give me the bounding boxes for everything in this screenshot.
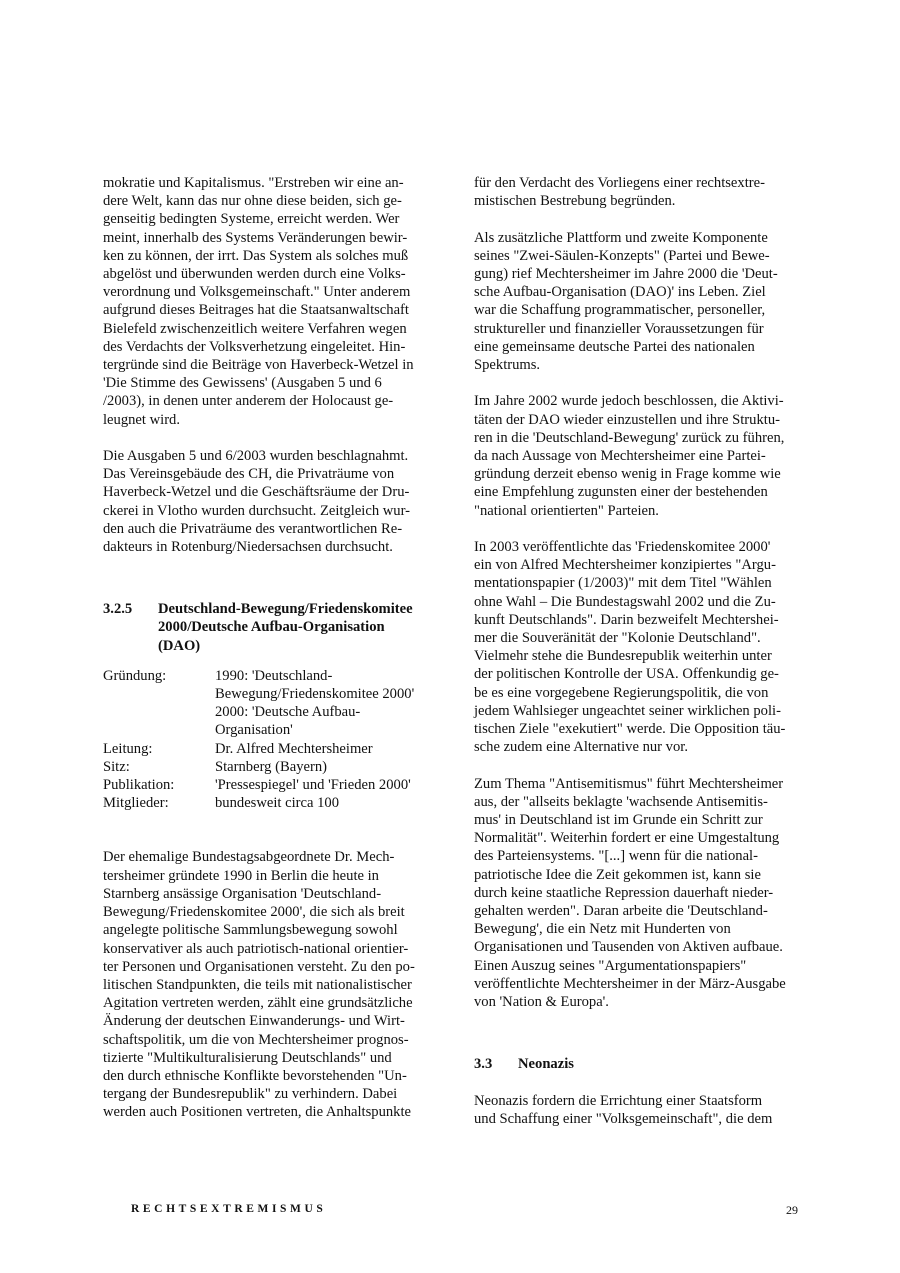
section-number: 3.3 — [474, 1055, 492, 1073]
text-line: kunft Deutschlands". Darin bezweifelt Me… — [474, 611, 804, 629]
paragraph-right-4: In 2003 veröffentlichte das 'Friedenskom… — [474, 538, 804, 756]
fact-value: 1990: 'Deutschland- Bewegung/Friedenskom… — [215, 667, 433, 740]
text-line: eine gemeinsame deutsche Partei des nati… — [474, 338, 804, 356]
text-line: von 'Nation & Europa'. — [474, 993, 804, 1011]
text-line: Das Vereinsgebäude des CH, die Privaträu… — [103, 465, 433, 483]
text-line: verordnung und Volksgemeinschaft." Unter… — [103, 283, 433, 301]
paragraph-right-5: Zum Thema "Antisemitismus" führt Mechter… — [474, 775, 804, 1012]
section-heading-3-3: 3.3 Neonazis — [474, 1055, 804, 1073]
title-line: Neonazis — [518, 1055, 804, 1073]
title-line: (DAO) — [158, 637, 433, 655]
text-line: des Verdachts der Volksverhetzung eingel… — [103, 338, 433, 356]
text-line: Vielmehr stehe die Bundesrepublik weiter… — [474, 647, 804, 665]
fact-value-line: 2000: 'Deutsche Aufbau- — [215, 703, 433, 721]
fact-value-line: Organisation' — [215, 721, 433, 739]
text-line: da nach Aussage von Mechtersheimer eine … — [474, 447, 804, 465]
text-line: tizierte "Multikulturalisierung Deutschl… — [103, 1049, 433, 1067]
organization-facts: Gründung: 1990: 'Deutschland- Bewegung/F… — [103, 667, 433, 813]
text-line: war die Schaffung programmatischer, pers… — [474, 301, 804, 319]
text-line: Agitation vertreten werden, zählt eine g… — [103, 994, 433, 1012]
text-line: gründung derzeit ebenso wenig in Frage k… — [474, 465, 804, 483]
paragraph-right-6: Neonazis fordern die Errichtung einer St… — [474, 1092, 804, 1128]
fact-label: Mitglieder: — [103, 794, 215, 812]
text-line: Bewegung', die ein Netz mit Hunderten vo… — [474, 920, 804, 938]
paragraph-left-1: mokratie und Kapitalismus. "Erstreben wi… — [103, 174, 433, 429]
text-line: den durch ethnische Konflikte bevorstehe… — [103, 1067, 433, 1085]
text-line: und Schaffung einer "Volksgemeinschaft",… — [474, 1110, 804, 1128]
text-line: mistischen Bestrebung begründen. — [474, 192, 804, 210]
text-line: patriotische Idee die Zeit gekommen ist,… — [474, 866, 804, 884]
text-line: schaftspolitik, um die von Mechtersheime… — [103, 1031, 433, 1049]
section-title: Deutschland-Bewegung/Friedenskomitee 200… — [158, 600, 433, 655]
text-line: Bielefeld zwischenzeitlich weitere Verfa… — [103, 320, 433, 338]
fact-value-line: Bewegung/Friedenskomitee 2000' — [215, 685, 433, 703]
text-line: mus' in Deutschland ist im Grunde ein Sc… — [474, 811, 804, 829]
text-line: Neonazis fordern die Errichtung einer St… — [474, 1092, 804, 1110]
text-line: leugnet wird. — [103, 411, 433, 429]
text-line: meint, innerhalb des Systems Veränderung… — [103, 229, 433, 247]
section-heading-3-2-5: 3.2.5 Deutschland-Bewegung/Friedenskomit… — [103, 600, 433, 655]
text-line: jedem Wahlsieger ungeachtet seiner wirkl… — [474, 702, 804, 720]
text-line: "national orientierten" Parteien. — [474, 502, 804, 520]
fact-value: Dr. Alfred Mechtersheimer — [215, 740, 433, 758]
fact-value-line: Starnberg (Bayern) — [215, 758, 433, 776]
fact-label: Publikation: — [103, 776, 215, 794]
text-line: sche zudem eine Alternative nur vor. — [474, 738, 804, 756]
text-line: ohne Wahl – Die Bundestagswahl 2002 und … — [474, 593, 804, 611]
text-line: seines "Zwei-Säulen-Konzepts" (Partei un… — [474, 247, 804, 265]
text-line: den auch die Privaträume des verantwortl… — [103, 520, 433, 538]
running-footer-title: RECHTSEXTREMISMUS — [131, 1203, 326, 1215]
text-line: ken zu können, der irrt. Das System als … — [103, 247, 433, 265]
paragraph-right-2: Als zusätzliche Plattform und zweite Kom… — [474, 229, 804, 375]
text-line: gehalten werden". Daran arbeite die 'Deu… — [474, 902, 804, 920]
text-line: Haverbeck-Wetzel und die Geschäftsräume … — [103, 483, 433, 501]
text-line: sche Aufbau-Organisation (DAO)' ins Lebe… — [474, 283, 804, 301]
text-line: aus, der "allseits beklagte 'wachsende A… — [474, 793, 804, 811]
text-line: tergang der Bundesrepublik" zu verhinder… — [103, 1085, 433, 1103]
text-line: aufgrund dieses Beitrages hat die Staats… — [103, 301, 433, 319]
fact-label: Gründung: — [103, 667, 215, 740]
text-line: Die Ausgaben 5 und 6/2003 wurden beschla… — [103, 447, 433, 465]
text-line: der politischen Kontrolle der USA. Offen… — [474, 665, 804, 683]
fact-value-line: 1990: 'Deutschland- — [215, 667, 433, 685]
section-number: 3.2.5 — [103, 600, 132, 618]
title-line: Deutschland-Bewegung/Friedenskomitee — [158, 600, 433, 618]
text-line: Spektrums. — [474, 356, 804, 374]
fact-value-line: bundesweit circa 100 — [215, 794, 433, 812]
text-line: Einen Auszug seines "Argumentationspapie… — [474, 957, 804, 975]
text-line: mentationspapier (1/2003)" mit dem Titel… — [474, 574, 804, 592]
text-line: Normalität". Weiterhin fordert er eine U… — [474, 829, 804, 847]
text-line: täten der DAO wieder einzustellen und ih… — [474, 411, 804, 429]
left-column: mokratie und Kapitalismus. "Erstreben wi… — [103, 174, 433, 1122]
text-line: be es eine vorgegebene Regierungspolitik… — [474, 684, 804, 702]
text-line: eine Empfehlung zugunsten einer der best… — [474, 483, 804, 501]
text-line: dakteurs in Rotenburg/Niedersachsen durc… — [103, 538, 433, 556]
fact-label: Leitung: — [103, 740, 215, 758]
text-line: Der ehemalige Bundestagsabgeordnete Dr. … — [103, 848, 433, 866]
title-line: 2000/Deutsche Aufbau-Organisation — [158, 618, 433, 636]
fact-label: Sitz: — [103, 758, 215, 776]
text-line: In 2003 veröffentlichte das 'Friedenskom… — [474, 538, 804, 556]
text-line: abgelöst und überwunden werden durch ein… — [103, 265, 433, 283]
fact-value-line: 'Pressespiegel' und 'Frieden 2000' — [215, 776, 433, 794]
text-line: mer die Souveränität der "Kolonie Deutsc… — [474, 629, 804, 647]
text-line: struktureller und finanzieller Vorausset… — [474, 320, 804, 338]
text-line: werden auch Positionen vertreten, die An… — [103, 1103, 433, 1121]
text-line: Zum Thema "Antisemitismus" führt Mechter… — [474, 775, 804, 793]
text-line: ckerei in Vlotho wurden durchsucht. Zeit… — [103, 502, 433, 520]
text-line: tersheimer gründete 1990 in Berlin die h… — [103, 867, 433, 885]
text-line: Im Jahre 2002 wurde jedoch beschlossen, … — [474, 392, 804, 410]
paragraph-left-3: Der ehemalige Bundestagsabgeordnete Dr. … — [103, 848, 433, 1121]
fact-value: 'Pressespiegel' und 'Frieden 2000' — [215, 776, 433, 794]
text-line: ter Personen und Organisationen versteht… — [103, 958, 433, 976]
page-number: 29 — [786, 1203, 798, 1218]
text-line: dere Welt, kann das nur ohne diese beide… — [103, 192, 433, 210]
paragraph-right-3: Im Jahre 2002 wurde jedoch beschlossen, … — [474, 392, 804, 519]
text-line: litischen Standpunkten, die teils mit na… — [103, 976, 433, 994]
text-line: Bewegung/Friedenskomitee 2000', die sich… — [103, 903, 433, 921]
text-line: /2003), in denen unter anderem der Holoc… — [103, 392, 433, 410]
text-line: für den Verdacht des Vorliegens einer re… — [474, 174, 804, 192]
text-line: veröffentlichte Mechtersheimer in der Mä… — [474, 975, 804, 993]
text-line: angelegte politische Sammlungsbewegung s… — [103, 921, 433, 939]
paragraph-left-2: Die Ausgaben 5 und 6/2003 wurden beschla… — [103, 447, 433, 556]
text-line: ein von Alfred Mechtersheimer konzipiert… — [474, 556, 804, 574]
text-line: tergründe sind die Beiträge von Haverbec… — [103, 356, 433, 374]
fact-value: Starnberg (Bayern) — [215, 758, 433, 776]
text-line: ren in die 'Deutschland-Bewegung' zurück… — [474, 429, 804, 447]
text-line: durch keine staatliche Repression dauerh… — [474, 884, 804, 902]
right-column: für den Verdacht des Vorliegens einer re… — [474, 174, 804, 1128]
text-line: mokratie und Kapitalismus. "Erstreben wi… — [103, 174, 433, 192]
text-line: konservativer als auch patriotisch-natio… — [103, 940, 433, 958]
fact-value: bundesweit circa 100 — [215, 794, 433, 812]
text-line: Als zusätzliche Plattform und zweite Kom… — [474, 229, 804, 247]
text-line: Starnberg ansässige Organisation 'Deutsc… — [103, 885, 433, 903]
section-title: Neonazis — [518, 1055, 804, 1073]
text-line: Organisationen und Tausenden von Aktiven… — [474, 938, 804, 956]
text-line: genseitig bedingten Systeme, erreicht we… — [103, 210, 433, 228]
fact-value-line: Dr. Alfred Mechtersheimer — [215, 740, 433, 758]
text-line: des Parteiensystems. "[...] wenn für die… — [474, 847, 804, 865]
text-line: 'Die Stimme des Gewissens' (Ausgaben 5 u… — [103, 374, 433, 392]
paragraph-right-1: für den Verdacht des Vorliegens einer re… — [474, 174, 804, 210]
text-line: gung) rief Mechtersheimer im Jahre 2000 … — [474, 265, 804, 283]
text-line: tischen Ziele "exekutiert" werde. Die Op… — [474, 720, 804, 738]
text-line: Änderung der deutschen Einwanderungs- un… — [103, 1012, 433, 1030]
